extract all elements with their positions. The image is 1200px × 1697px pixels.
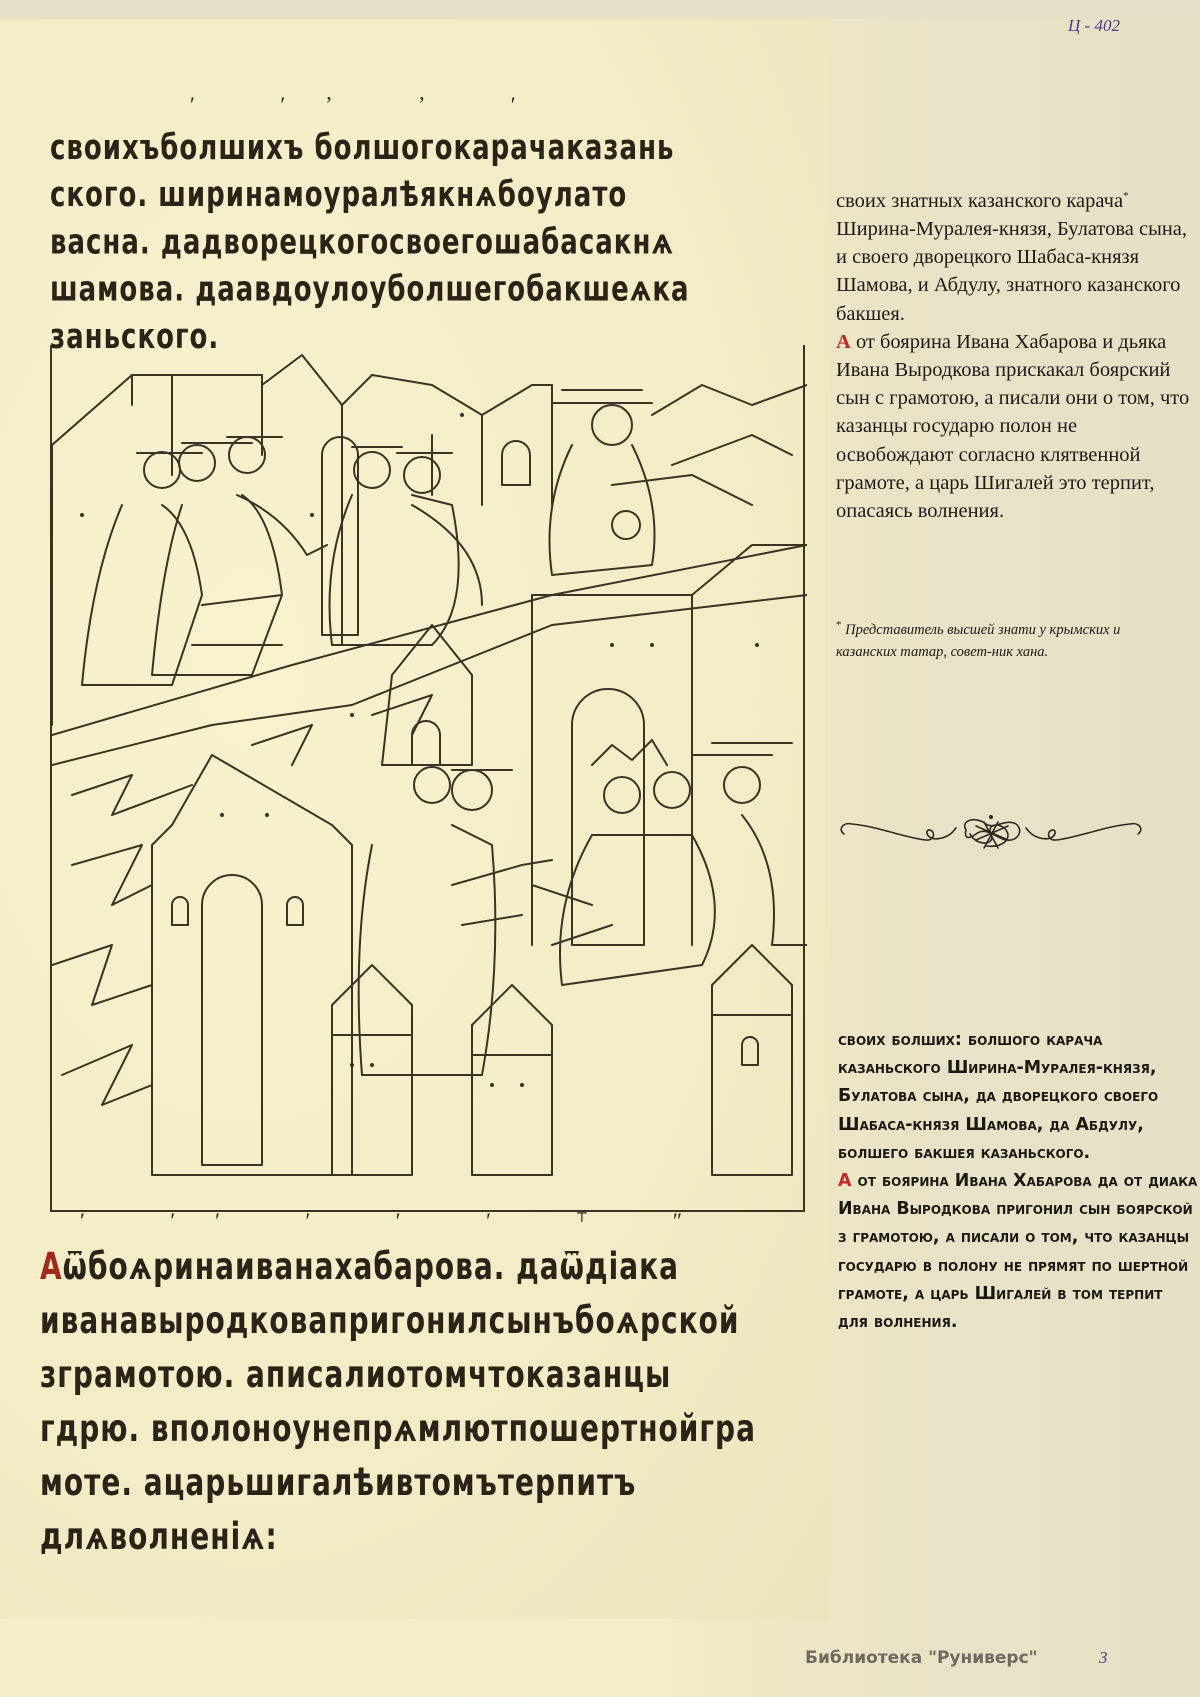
red-initial: А — [838, 1171, 851, 1191]
illustration-drawing — [52, 345, 807, 1212]
manuscript-red-initial: А — [40, 1244, 63, 1289]
flourish-ornament-icon — [836, 808, 1146, 863]
manuscript-line: васна. дадворецкогосвоегошабасакнѧ — [50, 220, 690, 267]
manuscript-line: длѧволненiѧ: — [40, 1510, 756, 1564]
accent-marks: ′ ′ʼ ʼ ′ — [190, 92, 556, 118]
translation-paragraph-1: своих знатных казанского карача* Ширина-… — [836, 182, 1196, 328]
accent-marks: ′ ′′ ′ ′ ′ ⸆ ″ — [80, 1205, 722, 1235]
modern-translation: своих знатных казанского карача* Ширина-… — [836, 182, 1196, 525]
manuscript-line: зграмотою. аписалиотомчтоказанцы — [40, 1348, 756, 1402]
manuscript-line: ского. ширинамоуралѣякнѧбоулато — [50, 172, 690, 219]
transcription-paragraph-1: своих болших: болшого карача казаньского… — [838, 1026, 1198, 1167]
footnote-marker[interactable]: * — [1123, 190, 1129, 202]
manuscript-bottom-text: Аѿбоѧринаиванахабарова. даѿдiака иванавы… — [40, 1240, 756, 1564]
manuscript-line: своихъболшихъ болшогокарачаказань — [50, 125, 690, 172]
library-name: Библиотека "Руниверс" — [805, 1648, 1038, 1668]
manuscript-top-text: своихъболшихъ болшогокарачаказань ского.… — [50, 125, 690, 361]
transcription-paragraph-2: А от боярина Ивана Хабарова да от диака … — [838, 1167, 1198, 1336]
page: Ц - 402 ′ ′ʼ ʼ ′ своихъболшихъ болшогока… — [0, 0, 1200, 1697]
manuscript-illustration — [50, 345, 805, 1212]
manuscript-line: моте. ацарьшигалѣивтомътерпитъ — [40, 1456, 756, 1510]
manuscript-line: шамова. даавдоулоуболшегобакшеѧка — [50, 267, 690, 314]
manuscript-line: гдрю. вполоноунепрѧмлютпошертнойгра — [40, 1402, 756, 1456]
archive-code: Ц - 402 — [1068, 16, 1120, 36]
red-initial: А — [836, 331, 851, 353]
manuscript-line: иванавыродковапригонилсынъбоѧрской — [40, 1294, 756, 1348]
translation-paragraph-2: А от боярина Ивана Хабарова и дьяка Иван… — [836, 328, 1196, 525]
page-number: 3 — [1099, 1648, 1108, 1668]
manuscript-line: Аѿбоѧринаиванахабарова. даѿдiака — [40, 1240, 756, 1294]
top-strip — [0, 0, 1200, 19]
footnote: * Представитель высшей знати у крымских … — [836, 614, 1136, 663]
old-russian-transcription: своих болших: болшого карача казаньского… — [838, 1026, 1198, 1336]
